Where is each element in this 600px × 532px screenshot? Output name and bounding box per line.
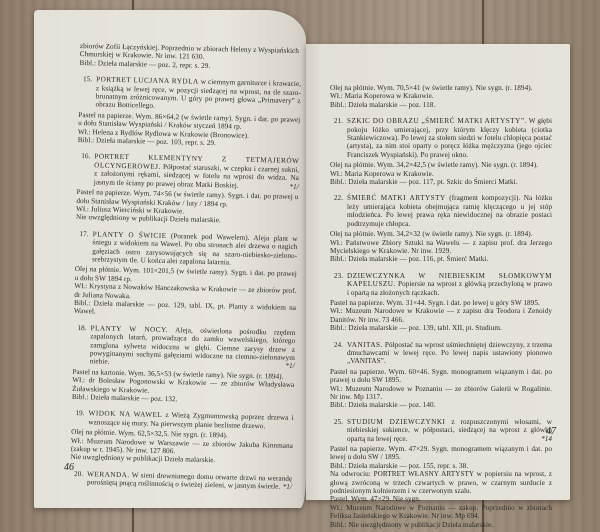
entry-detail-line: Bibl.: Nie uwzględniony w publikacji Dzi…	[330, 521, 552, 529]
entry-description-block: PORTRET LUCJANA RYDLA w ciemnym garnitur…	[95, 76, 301, 114]
entry-details: Pastel na papierze. Wym. 47×29. Sygn. mo…	[330, 445, 552, 529]
entry-description-block: WIDOK NA WAWEL z Wieżą Zygmuntowską popr…	[88, 410, 293, 431]
entry-detail-line: Bibl.: Dzieła malarskie — poz. 155, repr…	[330, 462, 552, 470]
entry-description-block: VANITAS. Półpostać na wprost uśmiechnięt…	[347, 341, 552, 366]
entry-details: Pastel na papierze. Wym. 74×56 (w świetl…	[76, 188, 299, 227]
entry-detail-line: Olej na płótnie. Wym. 34,2×32 (w świetle…	[330, 230, 552, 238]
entry-detail-line: Bibl.: Dzieła malarskie — poz. 139, tabl…	[330, 324, 552, 332]
catalog-entry: 20.WERANDA. W sieni drewnianego domu otw…	[70, 470, 292, 492]
entry-detail-line: Bibl.: Dzieła malarskie — poz. 117, pt. …	[330, 178, 552, 186]
entry-details: Pastel na kartonie. Wym. 36,5×53 (w świe…	[72, 368, 295, 407]
left-entries: 15.PORTRET LUCJANA RYDLA w ciemnym garni…	[70, 75, 301, 491]
entry-title: ŚMIERĆ MATKI ARTYSTY	[347, 194, 446, 202]
entry-detail-line: Wł.: Maria Koperowa w Krakowie.	[330, 170, 552, 178]
catalog-entry: 23.DZIEWCZYNKA W NIEBIESKIM SŁOMKOWYM KA…	[330, 272, 552, 333]
entry-description-block: WERANDA. W sieni drewnianego domu otwart…	[87, 470, 292, 491]
catalog-entry: 21.SZKIC DO OBRAZU „ŚMIERĆ MATKI ARTYSTY…	[330, 117, 552, 186]
entry-heading: 23.DZIEWCZYNKA W NIEBIESKIM SŁOMKOWYM KA…	[330, 272, 552, 297]
continuation-line: Bibl.: Dzieła malarskie — poz. 118.	[330, 101, 552, 109]
entry-detail-line: Wł.: Muzeum Narodowe w Poznaniu — zakup.…	[330, 504, 552, 521]
page-number: 46	[64, 462, 74, 473]
entry-description-block: STUDIUM DZIEWCZYNKI z rozpuszczonymi wło…	[347, 418, 552, 443]
entry-heading: 20.WERANDA. W sieni drewnianego domu otw…	[70, 470, 292, 492]
catalog-entry: 19.WIDOK NA WAWEL z Wieżą Zygmuntowską p…	[70, 409, 293, 466]
entry-details: Olej na płótnie. Wym. 101×201,5 (w świet…	[74, 265, 297, 320]
entry-description-block: ŚMIERĆ MATKI ARTYSTY (fragment kompozycj…	[347, 194, 552, 228]
left-page-text: zbiorów Zofii Łączyńskiej. Poprzednio w …	[70, 42, 302, 500]
entry-detail-line: Bibl.: Dzieła malarskie — poz. 140.	[330, 401, 552, 409]
entry-detail-line: Pastel na papierze. Wym. 31×44. Sygn. i …	[330, 299, 552, 307]
entry-detail-line: Pastel. Wym. 47×29. Nie sygn.	[330, 495, 552, 503]
entry-details: Olej na płótnie. Wym. 62,5×32,5. Nie syg…	[70, 428, 293, 467]
entry-number: 24.	[330, 341, 347, 366]
entry-detail-line: Wł.: Muzeum Narodowe w Poznaniu — ze zbi…	[330, 385, 552, 402]
entry-detail-line: Pastel na papierze. Wym. 60×46. Sygn. mo…	[330, 368, 552, 385]
entry-details: Olej na płótnie. Wym. 34,2×32 (w świetle…	[330, 230, 552, 264]
entry-heading: 16.PORTRET KLEMENTYNY Z TETMAJERÓW OLCYN…	[77, 152, 300, 191]
entry-detail-line: Wł.: Muzeum Narodowe w Krakowie — z zapi…	[330, 307, 552, 324]
entry-heading: 21.SZKIC DO OBRAZU „ŚMIERĆ MATKI ARTYSTY…	[330, 117, 552, 159]
catalog-entry: 22.ŚMIERĆ MATKI ARTYSTY (fragment kompoz…	[330, 194, 552, 263]
page-number: 47	[546, 426, 556, 437]
entry-details: Pastel na papierze. Wym. 31×44. Sygn. i …	[330, 299, 552, 333]
entry-number: 17.	[75, 230, 93, 264]
right-continuation: Olej na płótnie. Wym. 70,5×41 (w świetle…	[330, 84, 552, 109]
entry-description-block: SZKIC DO OBRAZU „ŚMIERĆ MATKI ARTYSTY”. …	[347, 117, 552, 159]
entry-number: 16.	[77, 152, 95, 186]
entry-number: 19.	[71, 409, 88, 426]
entry-number: 21.	[330, 117, 347, 159]
right-entries: 21.SZKIC DO OBRAZU „ŚMIERĆ MATKI ARTYSTY…	[330, 117, 552, 529]
left-continuation: zbiorów Zofii Łączyńskiej. Poprzednio w …	[79, 42, 302, 72]
entry-heading: 19.WIDOK NA WAWEL z Wieżą Zygmuntowską p…	[71, 409, 293, 431]
entry-description-block: DZIEWCZYNKA W NIEBIESKIM SŁOMKOWYM KAPEL…	[347, 272, 552, 297]
entry-title: SZKIC DO OBRAZU „ŚMIERĆ MATKI ARTYSTY”.	[347, 117, 527, 125]
entry-mark: *1/	[285, 362, 295, 371]
entry-detail-line: Olej na płótnie. Wym. 34,2×42,5 (w świet…	[330, 161, 552, 169]
catalog-entry: 18.PLANTY W NOCY. Aleja, oświetlona pośr…	[72, 324, 296, 407]
entry-number: 25.	[330, 418, 347, 443]
entry-description-block: PORTRET KLEMENTYNY Z TETMAJERÓW OLCYNGER…	[94, 153, 300, 191]
entry-description-block: PLANTY O ŚWICIE (Poranek pod Wawelem). A…	[92, 230, 298, 268]
entry-details: Olej na płótnie. Wym. 34,2×42,5 (w świet…	[330, 161, 552, 186]
entry-detail-line: Bibl.: Dzieła malarskie — poz. 116, pt. …	[330, 255, 552, 263]
right-page-text: Olej na płótnie. Wym. 70,5×41 (w świetle…	[330, 84, 552, 532]
entry-detail-line: Pastel na papierze. Wym. 47×29. Sygn. mo…	[330, 445, 552, 462]
entry-heading: 24.VANITAS. Półpostać na wprost uśmiechn…	[330, 341, 552, 366]
entry-heading: 22.ŚMIERĆ MATKI ARTYSTY (fragment kompoz…	[330, 194, 552, 228]
entry-heading: 18.PLANTY W NOCY. Aleja, oświetlona pośr…	[73, 324, 296, 371]
entry-number: 22.	[330, 194, 347, 228]
left-page: zbiorów Zofii Łączyńskiej. Poprzednio w …	[34, 10, 306, 508]
continuation-line: Wł.: Maria Koperowa w Krakowie.	[330, 92, 552, 100]
entry-details: Pastel na papierze. Wym. 86×64,2 (w świe…	[78, 111, 301, 150]
catalog-entry: 15.PORTRET LUCJANA RYDLA w ciemnym garni…	[78, 75, 302, 149]
entry-mark: *1/	[283, 483, 293, 492]
entry-number: 15.	[78, 75, 96, 109]
entry-detail-line: Wł.: Państwowe Zbiory Sztuki na Wawelu —…	[330, 239, 552, 256]
entry-title: VANITAS.	[347, 341, 383, 349]
entry-heading: 15.PORTRET LUCJANA RYDLA w ciemnym garni…	[78, 75, 301, 114]
catalog-entry: 17.PLANTY O ŚWICIE (Poranek pod Wawelem)…	[74, 230, 298, 321]
entry-title: STUDIUM DZIEWCZYNKI	[347, 418, 445, 426]
catalog-entry: 16.PORTRET KLEMENTYNY Z TETMAJERÓW OLCYN…	[76, 152, 300, 226]
entry-heading: 17.PLANTY O ŚWICIE (Poranek pod Wawelem)…	[75, 230, 298, 269]
right-page: Olej na płótnie. Wym. 70,5×41 (w świetle…	[306, 44, 570, 500]
entry-details: Pastel na papierze. Wym. 60×46. Sygn. mo…	[330, 368, 552, 410]
entry-heading: 25.STUDIUM DZIEWCZYNKI z rozpuszczonymi …	[330, 418, 552, 443]
catalog-entry: 24.VANITAS. Półpostać na wprost uśmiechn…	[330, 341, 552, 410]
entry-number: 23.	[330, 272, 347, 297]
entry-detail-line: Na odwrociu: PORTRET WŁASNY ARTYSTY w po…	[330, 470, 552, 495]
entry-number: 18.	[73, 324, 91, 366]
entry-description-block: PLANTY W NOCY. Aleja, oświetlona pośrodk…	[90, 324, 296, 371]
continuation-line: Olej na płótnie. Wym. 70,5×41 (w świetle…	[330, 84, 552, 92]
entry-mark: *1/	[289, 182, 299, 191]
catalog-entry: 25.STUDIUM DZIEWCZYNKI z rozpuszczonymi …	[330, 418, 552, 529]
